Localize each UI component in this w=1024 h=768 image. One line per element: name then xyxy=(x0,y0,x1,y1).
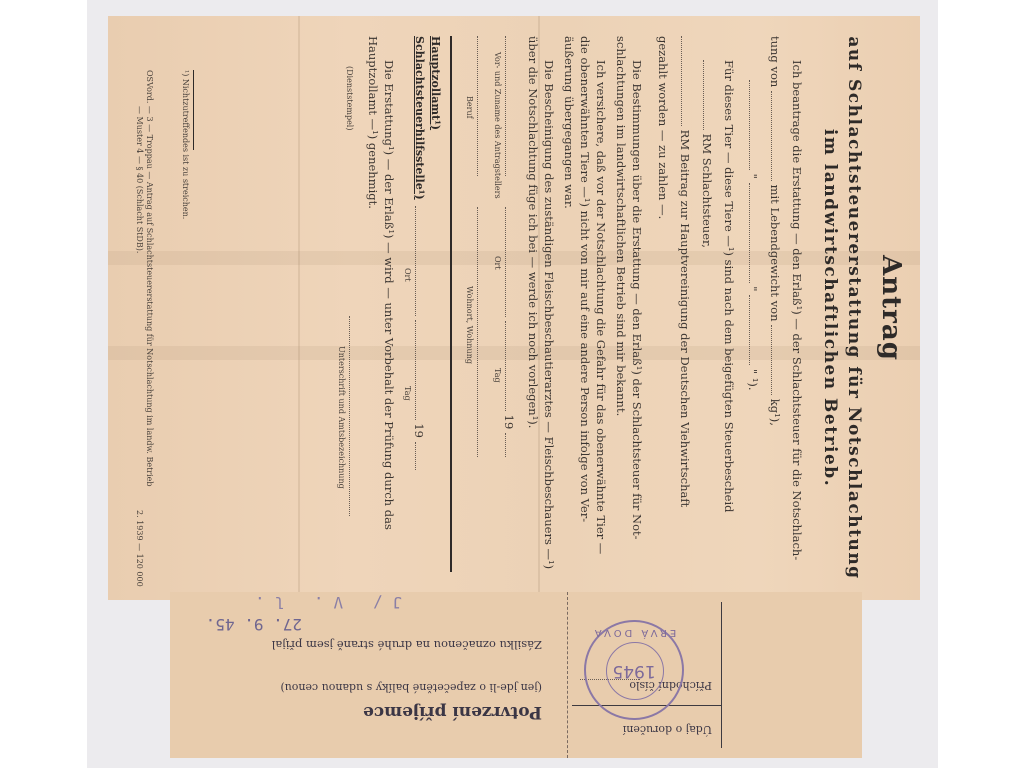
divider-line xyxy=(450,36,452,572)
field-office-year[interactable] xyxy=(415,442,425,470)
approval-text-line2: Hauptzollamt —¹) genehmigt. xyxy=(366,36,380,209)
postmark-year: 1945 xyxy=(586,661,682,681)
print-imprint: OSVord. — 3 — Troppau — Antrag auf Schla… xyxy=(145,70,154,487)
form-subtitle: im landwirtschaftlichen Betrieb. xyxy=(820,16,840,600)
tax-amount-row: RM Schlachtsteuer, xyxy=(700,60,714,248)
office-date-row: 19 xyxy=(412,206,426,470)
label-rm-tax: RM Schlachtsteuer, xyxy=(700,134,714,248)
ditto-mark: " xyxy=(746,174,760,179)
field-residence[interactable] xyxy=(477,207,487,457)
recipient-confirmation-card: Údaj o doručení Příchodní číslo 1945 ERV… xyxy=(170,592,862,758)
card-heading: Potvrzení příjemce xyxy=(363,702,542,722)
paragraph-assurance: Ich versichere, daß vor der Notschlachtu… xyxy=(594,60,608,554)
paragraph-regulations-line2: schlachtungen im landwirtschaftlichen Be… xyxy=(614,36,628,416)
label-place: Ort xyxy=(493,256,502,270)
ditto-row: " " " ¹). xyxy=(746,80,760,391)
field-weight[interactable] xyxy=(771,325,781,395)
field-official-signature[interactable] xyxy=(349,316,359,516)
postmark-stamp: 1945 ERVÁ DOVA xyxy=(584,620,684,720)
label-official-stamp: (Dienststempel) xyxy=(345,66,354,130)
office-customs: Hauptzollamt¹) xyxy=(429,36,442,130)
ditto-mark: " ¹). xyxy=(746,369,760,391)
field-animal[interactable] xyxy=(771,91,781,181)
card-divider xyxy=(721,602,722,748)
postmark-town: ERVÁ DOVA xyxy=(586,627,682,638)
contribution-row: RM Beitrag zur Hauptvereinigung der Deut… xyxy=(678,36,692,507)
print-imprint-line2: — Muster 4 — § 40 (Schlacht StDB). xyxy=(135,106,144,253)
field-applicant-place[interactable] xyxy=(505,207,515,317)
signature-row xyxy=(346,316,360,516)
print-run: 2. 1939 — 120 000 xyxy=(135,510,144,587)
label-office-day: Tag xyxy=(403,386,412,401)
paragraph-certificate-line2: über die Notschlachtung füge ich bei — w… xyxy=(526,36,540,428)
paragraph-regulations: Die Bestimmungen über die Erstattung — d… xyxy=(630,60,644,540)
year-prefix: 19 xyxy=(412,423,426,438)
approval-text: Die Erstattung¹) — der Erlaß¹) — wird — … xyxy=(382,60,396,530)
applicant-date-row: 19 xyxy=(502,36,516,457)
handwritten-signature: J/ V. l. xyxy=(245,593,402,612)
form-title: Antrag xyxy=(876,16,906,600)
card-statement: Zásilku označenou na druhé straně jsem p… xyxy=(272,638,542,652)
field-office-place[interactable] xyxy=(415,206,425,316)
paragraph-request: Ich beantrage die Erstattung — den Erlaß… xyxy=(790,60,804,560)
field-animal-2[interactable] xyxy=(749,80,759,170)
label-rm-contribution: RM Beitrag zur Hauptvereinigung der Deut… xyxy=(678,130,692,508)
label-applicant-name: Vor- und Zuname des Antragstellers xyxy=(493,52,502,199)
tax-refund-application-form: Antrag auf Schlachtsteuererstattung für … xyxy=(108,16,920,600)
card-note: (jen jde-li o zapečetěné balíky s udanou… xyxy=(280,681,542,694)
paragraph-assurance-line2: die obenerwähnten Tiere —¹) nicht von mi… xyxy=(578,36,592,522)
handwritten-date: 27. 9. 45. xyxy=(206,615,302,634)
label-live-weight: mit Lebendgewicht von xyxy=(768,185,782,322)
label-delivery-info: Údaj o doručení xyxy=(623,723,712,736)
field-contribution-amount[interactable] xyxy=(681,36,691,126)
paragraph-tax-paid: Für dieses Tier — diese Tiere —¹) sind n… xyxy=(722,60,736,512)
label-occupation: Beruf xyxy=(465,96,474,119)
label-day: Tag xyxy=(493,368,502,383)
footnote-rule xyxy=(193,70,194,150)
job-residence-row xyxy=(474,36,488,457)
perforation-line xyxy=(567,592,568,758)
paragraph-certificate: Die Bescheinigung des zuständigen Fleisc… xyxy=(542,60,556,569)
paragraph-request-line2: tung von mit Lebendgewicht von kg¹), xyxy=(768,36,782,426)
label-tung-von: tung von xyxy=(768,36,782,87)
field-tax-amount[interactable] xyxy=(703,60,713,130)
office-tax-substation: Schlachtsteuerhilfsstelle¹) xyxy=(413,36,426,200)
footnote: ¹) Nichtzutreffendes ist zu streichen. xyxy=(181,70,190,219)
year-prefix: 19 xyxy=(502,415,516,430)
field-office-day[interactable] xyxy=(415,320,425,420)
field-applicant-day[interactable] xyxy=(505,321,515,411)
label-signature: Unterschrift und Amtsbezeichnung xyxy=(337,346,346,489)
form-subtitle: auf Schlachtsteuererstattung für Notschl… xyxy=(844,16,864,600)
form-footer: ¹) Nichtzutreffendes ist zu streichen. O… xyxy=(112,20,212,590)
paid-row: gezahlt worden — zu zahlen —. xyxy=(656,36,670,219)
label-office-place: Ort xyxy=(403,268,412,282)
field-occupation[interactable] xyxy=(477,36,487,176)
field-applicant-year[interactable] xyxy=(505,433,515,457)
field-applicant-name[interactable] xyxy=(505,36,515,176)
paragraph-assurance-line3: äußerung übergegangen war. xyxy=(562,36,576,209)
label-kg: kg¹), xyxy=(768,399,782,426)
field-weight-3[interactable] xyxy=(749,295,759,365)
label-residence: Wohnort, Wohnung xyxy=(465,286,474,364)
field-weight-2[interactable] xyxy=(749,183,759,283)
ditto-mark: " xyxy=(746,286,760,291)
